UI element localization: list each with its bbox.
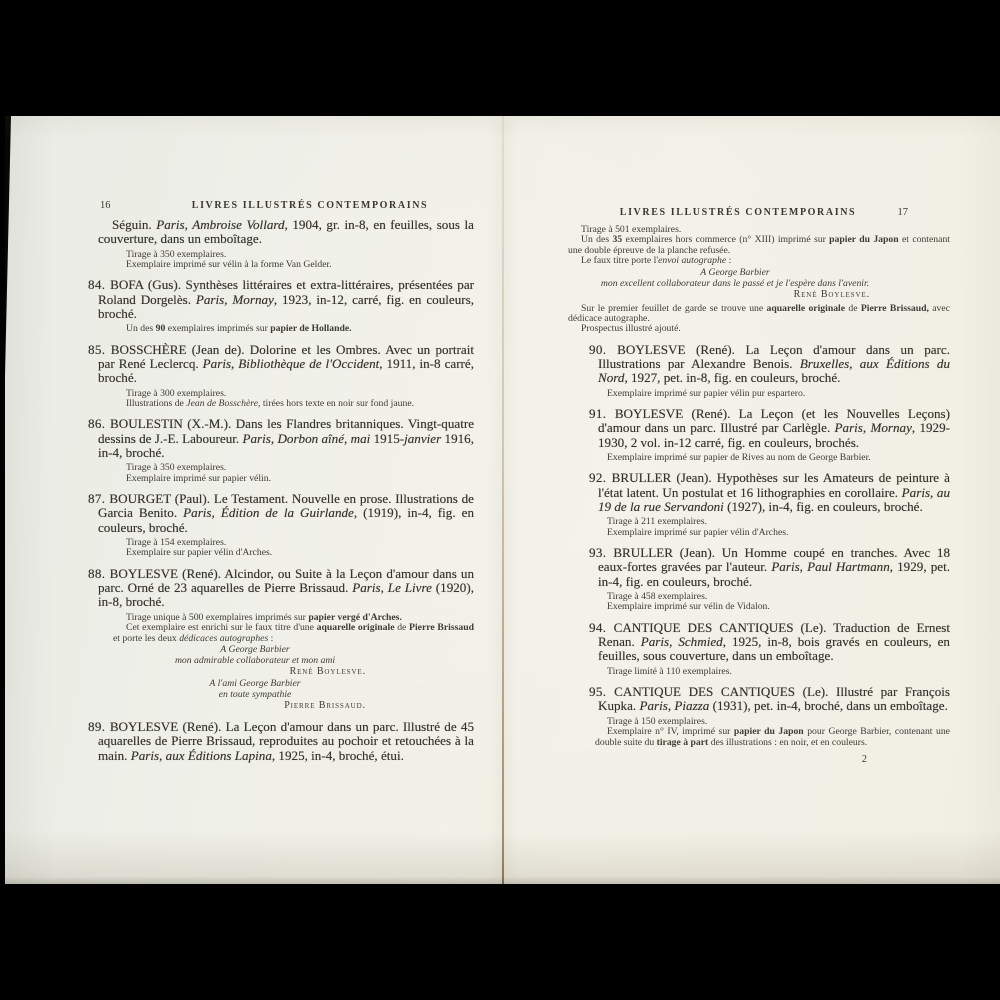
edition-note: Le faux titre porte l'envoi autographe : <box>568 256 950 266</box>
edition-note: Exemplaire imprimé sur papier vélin. <box>113 474 474 484</box>
left-page-entries: Séguin. Paris, Ambroise Vollard, 1904, g… <box>98 218 474 763</box>
dedication-line: A l'ami George Barbier <box>98 679 412 689</box>
signature-name: René Boylesve. <box>98 667 366 678</box>
dedication-line: en toute sympathie <box>98 690 412 700</box>
edition-note: Exemplaire n° IV, imprimé sur papier du … <box>595 727 950 748</box>
page-number: 16 <box>100 200 111 211</box>
edition-note: Prospectus illustré ajouté. <box>568 324 950 334</box>
bibliography-entry: 93. BRULLER (Jean). Un Homme coupé en tr… <box>598 546 950 589</box>
left-page: 16 LIVRES ILLUSTRÉS CONTEMPORAINS Séguin… <box>98 200 474 763</box>
bibliography-entry: 90. BOYLESVE (René). La Leçon d'amour da… <box>598 343 950 386</box>
right-page-entries: Tirage à 501 exemplaires.Un des 35 exemp… <box>598 225 950 765</box>
entry-number: 95. <box>589 684 614 699</box>
bibliography-entry: 89. BOYLESVE (René). La Leçon d'amour da… <box>98 720 474 763</box>
edition-note: Exemplaire imprimé sur vélin à la forme … <box>113 260 474 270</box>
edition-note: Exemplaire imprimé sur vélin de Vidalon. <box>595 602 950 612</box>
entry-number: 92. <box>589 470 612 485</box>
left-page-header: 16 LIVRES ILLUSTRÉS CONTEMPORAINS <box>98 200 474 213</box>
edition-note: Un des 35 exemplaires hors commerce (n° … <box>568 235 950 256</box>
bibliography-entry: 91. BOYLESVE (René). La Leçon (et les No… <box>598 407 950 450</box>
bibliography-entry: 87. BOURGET (Paul). Le Testament. Nouvel… <box>98 492 474 535</box>
bibliography-entry: 92. BRULLER (Jean). Hypothèses sur les A… <box>598 471 950 514</box>
scan-background: { "document": { "kind": "book-spread-pho… <box>0 0 1000 1000</box>
entry-number: 86. <box>88 416 110 431</box>
bibliography-entry: 95. CANTIQUE DES CANTIQUES (Le). Illustr… <box>598 685 950 714</box>
entry-number: 91. <box>589 406 615 421</box>
entry-number: 87. <box>88 491 109 506</box>
entry-number: 90. <box>589 342 617 357</box>
page-number: 17 <box>898 207 909 218</box>
gathering-signature: 2 <box>598 754 950 765</box>
page-edge-shadow <box>5 116 11 376</box>
bibliography-entry: 86. BOULESTIN (X.-M.). Dans les Flandres… <box>98 417 474 460</box>
entry-number: 94. <box>589 620 614 635</box>
entry-continuation: Séguin. Paris, Ambroise Vollard, 1904, g… <box>98 218 474 247</box>
right-page: LIVRES ILLUSTRÉS CONTEMPORAINS 17 Tirage… <box>598 207 950 765</box>
dedication-line: A George Barbier <box>598 268 872 278</box>
right-page-header: LIVRES ILLUSTRÉS CONTEMPORAINS 17 <box>598 207 950 220</box>
gutter-crease <box>502 116 504 884</box>
bibliography-entry: 84. BOFA (Gus). Synthèses littéraires et… <box>98 278 474 321</box>
edition-note: Cet exemplaire est enrichi sur le faux t… <box>113 623 474 644</box>
signature-name: Pierre Brissaud. <box>98 701 366 712</box>
edition-note: Un des 90 exemplaires imprimés sur papie… <box>113 324 474 334</box>
edition-note: Exemplaire imprimé sur papier de Rives a… <box>595 453 950 463</box>
edition-note: Illustrations de Jean de Bosschère, tiré… <box>113 399 474 409</box>
edition-note: Tirage limité à 110 exemplaires. <box>595 667 950 677</box>
edition-note: Exemplaire imprimé sur papier vélin d'Ar… <box>595 528 950 538</box>
entry-number: 89. <box>88 719 110 734</box>
edition-note: Sur le premier feuillet de garde se trou… <box>568 304 950 325</box>
entry-number: 88. <box>88 566 110 581</box>
edition-note: Exemplaire imprimé sur papier vélin pur … <box>595 389 950 399</box>
edition-note: Exemplaire sur papier vélin d'Arches. <box>113 548 474 558</box>
bibliography-entry: 94. CANTIQUE DES CANTIQUES (Le). Traduct… <box>598 621 950 664</box>
dedication-line: mon excellent collaborateur dans le pass… <box>598 279 872 289</box>
running-title: LIVRES ILLUSTRÉS CONTEMPORAINS <box>98 200 474 211</box>
dedication-line: A George Barbier <box>98 645 412 655</box>
dedication-line: mon admirable collaborateur et mon ami <box>98 656 412 666</box>
entry-number: 93. <box>589 545 613 560</box>
bibliography-entry: 88. BOYLESVE (René). Alcindor, ou Suite … <box>98 567 474 610</box>
entry-number: 84. <box>88 277 110 292</box>
bibliography-entry: 85. BOSSCHÈRE (Jean de). Dolorine et les… <box>98 343 474 386</box>
entry-number: 85. <box>88 342 111 357</box>
signature-name: René Boylesve. <box>598 290 870 301</box>
